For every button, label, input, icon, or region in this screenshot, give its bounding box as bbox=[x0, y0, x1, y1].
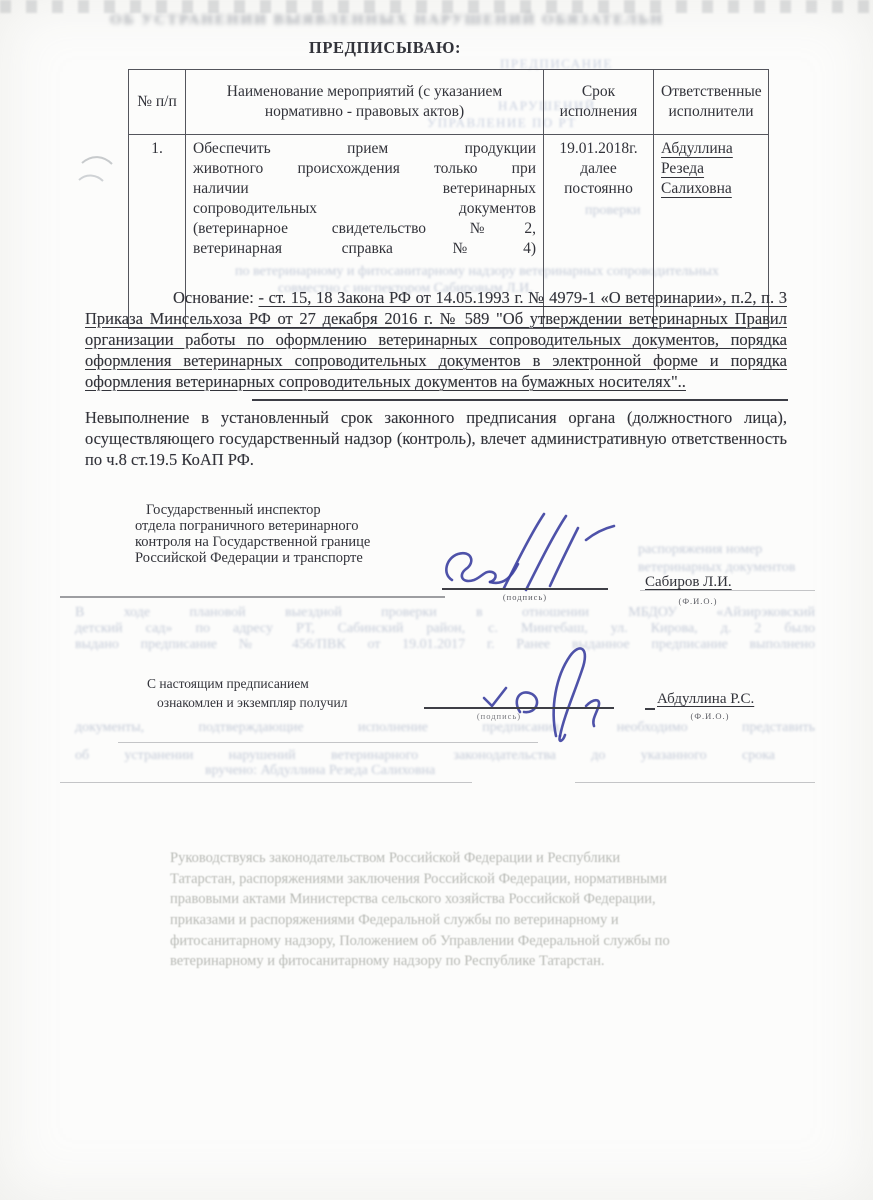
bleed-paragraph-line: Руководствуясь законодательством Российс… bbox=[170, 848, 715, 869]
measure-line: Обеспечить прием продукции bbox=[193, 139, 536, 159]
name-underline-lead bbox=[645, 708, 655, 710]
acknowledgment-line: С настоящим предписанием bbox=[147, 675, 407, 693]
scan-artifact-line bbox=[60, 596, 445, 598]
signature-caption: (подпись) bbox=[442, 592, 608, 602]
fio-caption: (Ф.И.О.) bbox=[645, 596, 751, 606]
measure-line: (ветеринарное свидетельство №2, bbox=[193, 219, 536, 239]
bleed-rule bbox=[60, 782, 472, 783]
bleed-line: вручено: Абдуллина Резеда Салиховна bbox=[205, 763, 515, 779]
header-responsible: Ответственные исполнители bbox=[654, 70, 769, 135]
bleed-line: В ходе плановой выездной проверки в отно… bbox=[75, 605, 815, 621]
bleed-line: распоряжения номер bbox=[638, 542, 818, 558]
bleed-paragraph-line: правовыми актами Министерства сельского … bbox=[170, 889, 715, 910]
header-number: № п/п bbox=[129, 70, 186, 135]
bleed-paragraph-line: Татарстан, распоряжениями заключения Рос… bbox=[170, 869, 715, 890]
signature-sabirov-ink bbox=[438, 498, 648, 598]
bleed-paragraph-line: приказами и распоряжениями Федеральной с… bbox=[170, 910, 715, 931]
fio-caption: (Ф.И.О.) bbox=[660, 711, 760, 721]
measure-line: ветеринарная справка №4) bbox=[193, 239, 536, 259]
inspector-name: Сабиров Л.И. bbox=[645, 574, 732, 591]
bleed-rule bbox=[575, 782, 815, 783]
header-measure: Наименование мероприятий (с указанием но… bbox=[186, 70, 544, 135]
inspector-position-line: Российской Федерации и транспорте bbox=[135, 550, 435, 566]
measure-line: сопроводительных документов bbox=[193, 199, 536, 219]
responsible-name: Абдуллина Резеда Салиховна bbox=[661, 140, 733, 197]
acknowledgment-line: ознакомлен и экземпляр получил bbox=[157, 694, 417, 712]
bleed-line: об устранении нарушений ветеринарного за… bbox=[75, 748, 775, 764]
page-title: ПРЕДПИСЫВАЮ: bbox=[0, 38, 770, 58]
bleed-line: документы, подтверждающие исполнение пре… bbox=[75, 720, 815, 736]
bleed-line: детский сад» по адресу РТ, Сабинский рай… bbox=[75, 621, 815, 637]
bleed-paragraph-line: фитосанитарному надзору, Положением об У… bbox=[170, 931, 715, 952]
warning-paragraph: Невыполнение в установленный срок законн… bbox=[85, 407, 787, 470]
term-line: 19.01.2018г. bbox=[551, 139, 646, 159]
inspector-position-block: Государственный инспектор отдела пограни… bbox=[135, 502, 435, 566]
measure-line: животного происхождения только при bbox=[193, 159, 536, 179]
measure-line: наличии ветеринарных bbox=[193, 179, 536, 199]
checkmark-icon bbox=[484, 688, 506, 706]
basis-paragraph: Основание: - ст. 15, 18 Закона РФ от 14.… bbox=[85, 287, 787, 392]
basis-fill-line bbox=[252, 399, 788, 401]
signature-caption: (подпись) bbox=[424, 711, 574, 721]
bleed-top-smudge: ОБ УСТРАНЕНИИ ВЫЯВЛЕННЫХ НАРУШЕНИЙ ОБЯЗА… bbox=[110, 12, 662, 29]
signature-line bbox=[442, 588, 608, 590]
term-line: постоянно bbox=[551, 179, 646, 199]
inspector-position-line: контроля на Государственной границе bbox=[135, 534, 435, 550]
table-header-row: № п/п Наименование мероприятий (с указан… bbox=[129, 70, 769, 135]
signature-line bbox=[424, 707, 614, 709]
inspector-position-line: Государственный инспектор bbox=[135, 502, 435, 518]
header-term: Срок исполнения bbox=[544, 70, 654, 135]
signature-abdullina-ink bbox=[468, 636, 638, 744]
bleed-paragraph-line: ветеринарному и фитосанитарному надзору … bbox=[170, 951, 715, 972]
acknowledger-name: Абдуллина Р.С. bbox=[657, 691, 754, 708]
inspector-position-line: отдела пограничного ветеринарного bbox=[135, 518, 435, 534]
term-line: далее bbox=[551, 159, 646, 179]
scanned-document-page: ОБ УСТРАНЕНИИ ВЫЯВЛЕННЫХ НАРУШЕНИЙ ОБЯЗА… bbox=[0, 0, 873, 1200]
pencil-mark-icon bbox=[76, 145, 130, 193]
bleed-line: выдано предписание № 456/ПВК от 19.01.20… bbox=[75, 637, 815, 653]
basis-label: Основание: bbox=[173, 288, 254, 307]
